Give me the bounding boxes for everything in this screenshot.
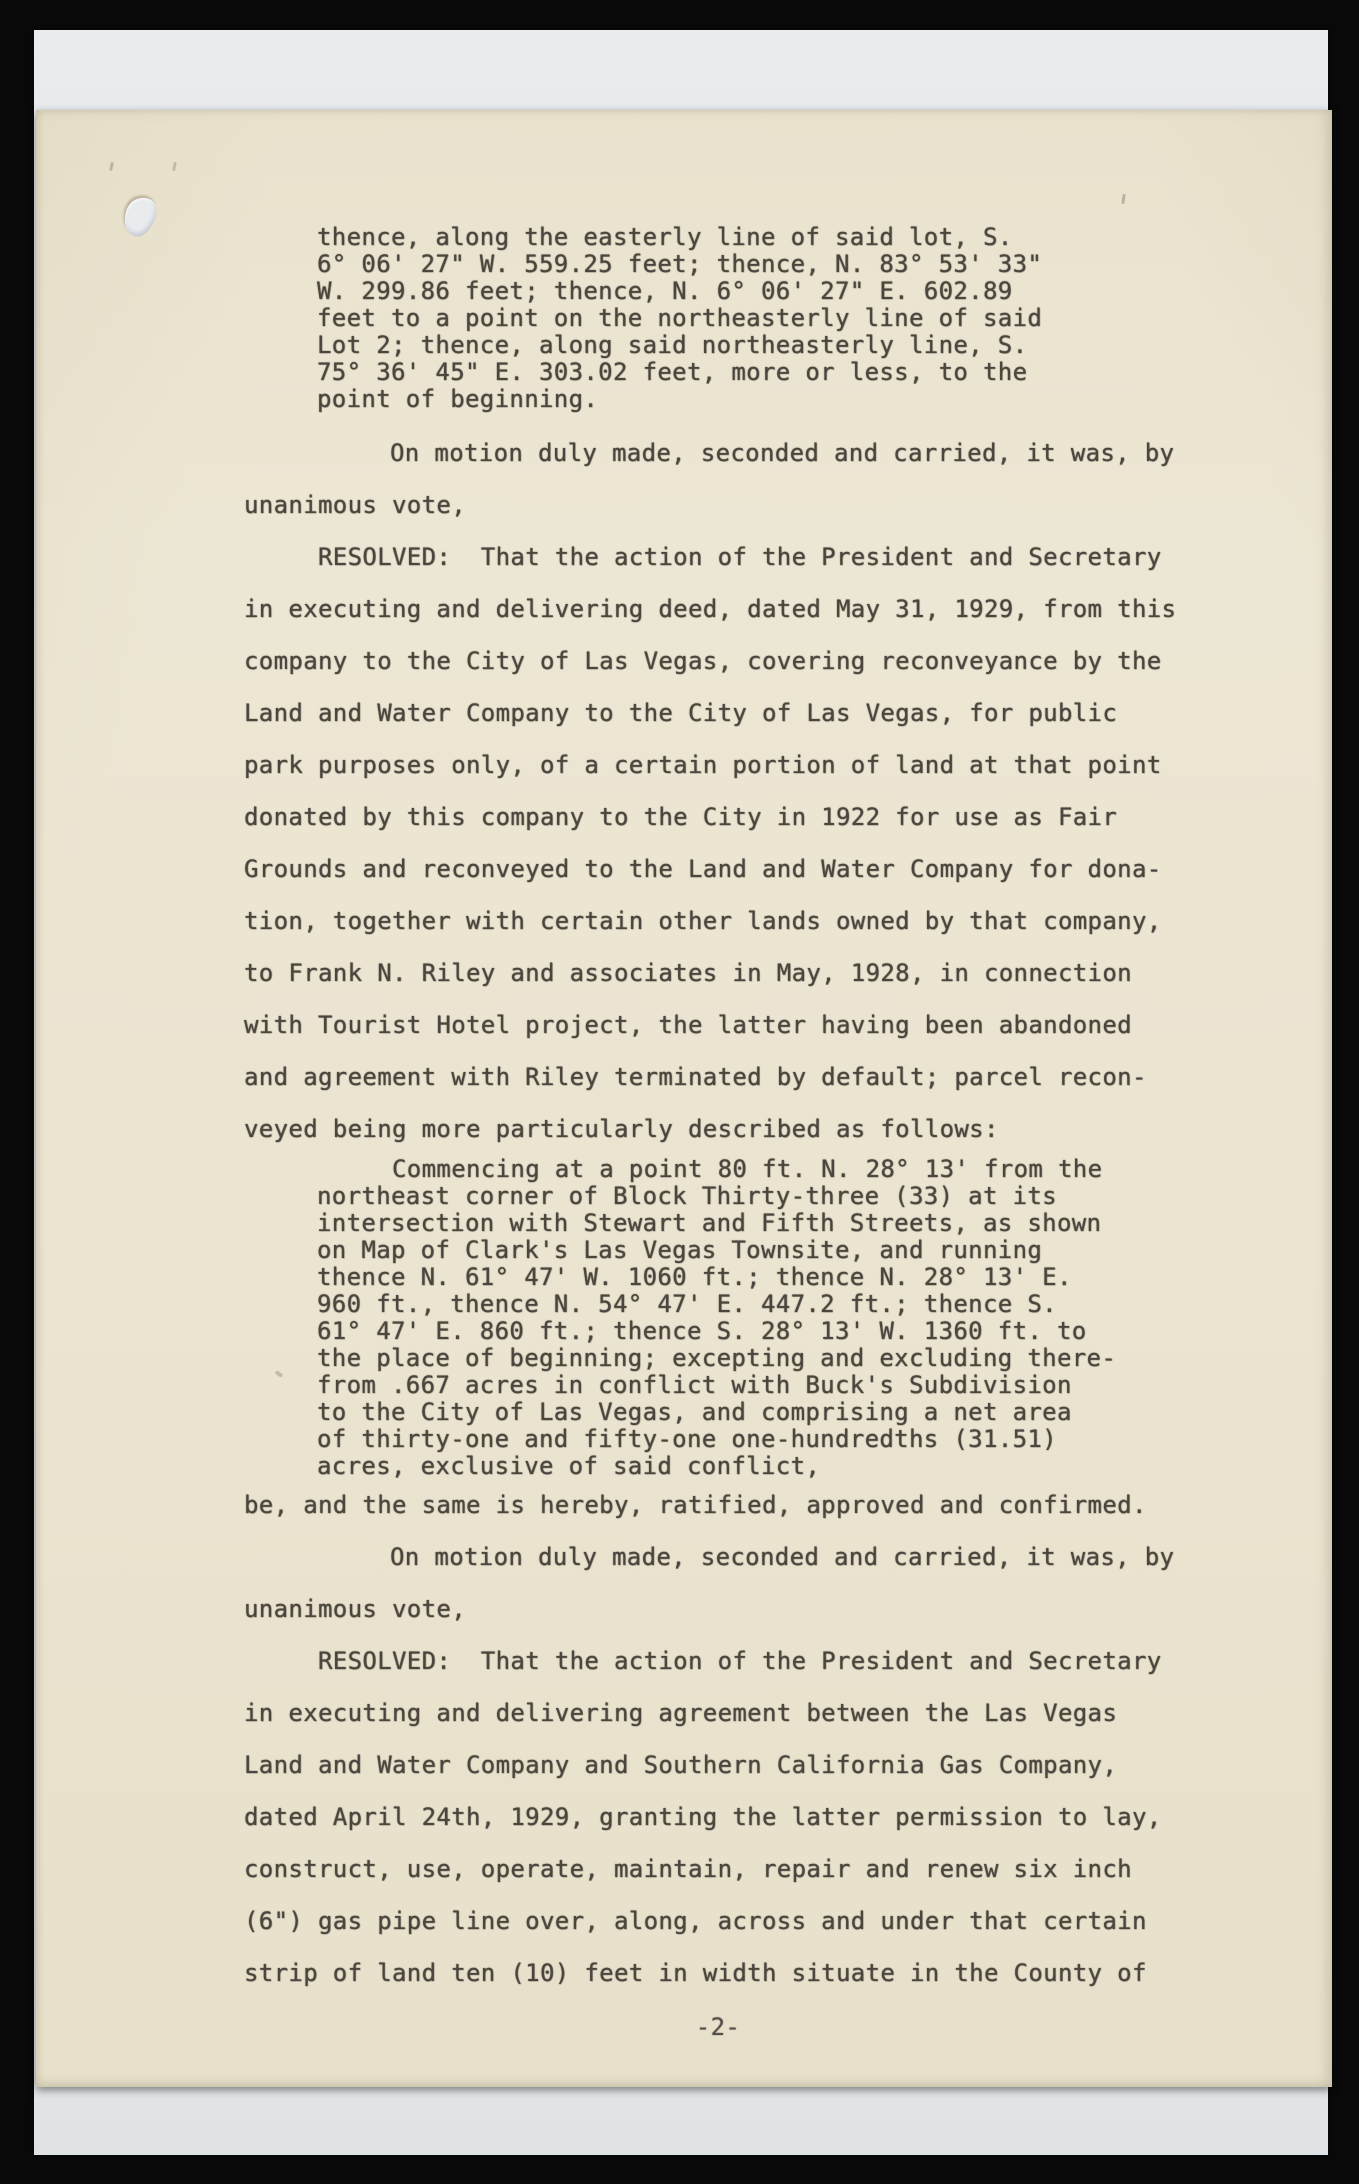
- paper-tear-notch: [120, 193, 161, 240]
- document-page: thence, along the easterly line of said …: [36, 110, 1332, 2087]
- paper-speck: [109, 162, 114, 171]
- paragraph-motion-2: On motion duly made, seconded and carrie…: [244, 1531, 1174, 1635]
- paragraph-motion-1: On motion duly made, seconded and carrie…: [244, 427, 1174, 531]
- paragraph-ratification: be, and the same is hereby, ratified, ap…: [244, 1479, 1147, 1531]
- page-number: -2-: [638, 2014, 798, 2041]
- paper-speck: [275, 1370, 284, 1378]
- paragraph-metes-and-bounds: thence, along the easterly line of said …: [317, 224, 1042, 413]
- paragraph-resolved-1: RESOLVED: That the action of the Preside…: [244, 531, 1176, 1155]
- scanned-document: thence, along the easterly line of said …: [0, 0, 1359, 2184]
- paper-speck: [172, 162, 177, 171]
- paragraph-commencing-description: Commencing at a point 80 ft. N. 28° 13' …: [317, 1156, 1116, 1480]
- paragraph-resolved-2: RESOLVED: That the action of the Preside…: [244, 1635, 1162, 1999]
- paper-speck: [1121, 194, 1125, 204]
